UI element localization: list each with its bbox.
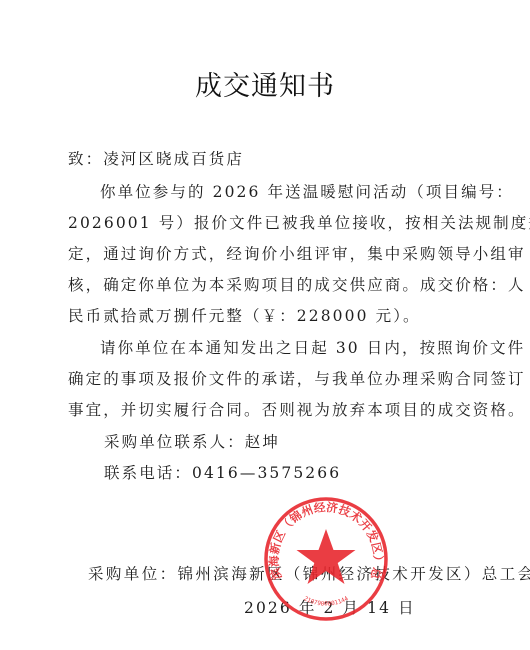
page-title: 成交通知书: [0, 64, 530, 103]
body-paragraph-1-line: 2026001 号）报价文件已被我单位接收，按相关法规制度规: [68, 211, 530, 233]
addressee: 致：凌河区晓成百货店: [68, 147, 244, 169]
body-paragraph-2-line: 确定的事项及报价文件的承诺，与我单位办理采购合同签订: [68, 367, 526, 389]
body-paragraph-2-line: 事宜，并切实履行合同。否则视为放弃本项目的成交资格。: [68, 398, 526, 420]
document-page: 成交通知书 致：凌河区晓成百货店 你单位参与的 2026 年送温暖慰问活动（项目…: [0, 0, 530, 650]
body-paragraph-1-line: 民币贰拾贰万捌仟元整（￥：228000 元）。: [68, 304, 421, 326]
svg-text:2107900001144: 2107900001144: [303, 595, 350, 608]
official-seal-icon: 锦州滨海新区（锦州经济技术开发区）总工会 2107900001144: [262, 495, 390, 623]
contact-person: 采购单位联系人：赵坤: [104, 430, 280, 452]
body-paragraph-1-line: 定，通过询价方式，经询价小组评审，集中采购领导小组审: [68, 242, 526, 264]
contact-phone: 联系电话：0416—3575266: [104, 461, 341, 483]
body-paragraph-2-line: 请你单位在本通知发出之日起 30 日内，按照询价文件: [100, 336, 525, 358]
seal-serial: 2107900001144: [303, 595, 350, 608]
body-paragraph-1-line: 核，确定你单位为本采购项目的成交供应商。成交价格：人: [68, 273, 526, 295]
seal-star-icon: [297, 529, 356, 584]
body-paragraph-1-line: 你单位参与的 2026 年送温暖慰问活动（项目编号：: [100, 180, 514, 202]
